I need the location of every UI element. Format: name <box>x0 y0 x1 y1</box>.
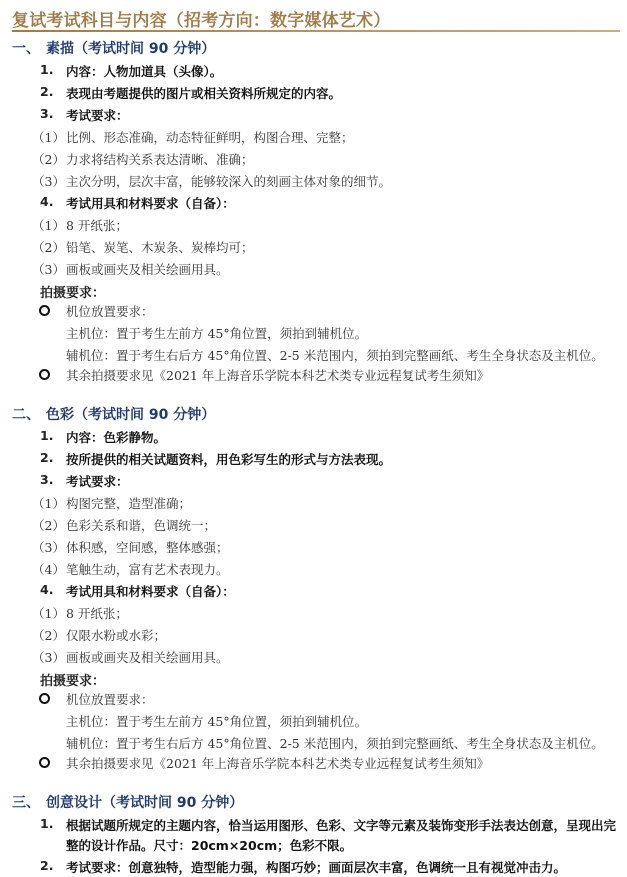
item-marker: （2） <box>32 150 66 168</box>
hollow-circle-bullet-icon <box>39 757 50 768</box>
item-number: 1. <box>40 62 53 77</box>
section-title: 创意设计（考试时间 90 分钟） <box>46 795 243 811</box>
item-marker: （1） <box>32 604 66 622</box>
item-text: 整的设计作品。尺寸：20cm×20cm；色彩不限。 <box>66 836 352 854</box>
item-text: 仅限水粉或水彩； <box>66 628 166 643</box>
section-number: 一、 <box>12 38 46 58</box>
item-marker: （2） <box>32 238 66 256</box>
requirement-item: （1）构图完整，造型准确； <box>32 494 191 512</box>
hollow-circle-bullet-icon <box>39 305 50 316</box>
item-text: 按所提供的相关试题资料，用色彩写生的形式与方法表现。 <box>66 450 391 468</box>
main-camera-text: 主机位：置于考生左前方 45°角位置，须拍到辅机位。 <box>66 712 367 730</box>
material-item: （1）8 开纸张； <box>32 216 128 234</box>
material-item: （3）画板或画夹及相关绘画用具。 <box>32 260 229 278</box>
aux-camera-text: 辅机位：置于考生右后方 45°角位置、2-5 米范围内，须拍到完整画纸、考生全身… <box>66 346 604 364</box>
section-heading: 二、色彩（考试时间 90 分钟） <box>12 404 215 424</box>
requirement-item: （3）主次分明，层次丰富，能够较深入的刻画主体对象的细节。 <box>32 172 391 190</box>
item-text: 内容：人物加道具（头像）。 <box>66 62 222 80</box>
item-marker: （1） <box>32 216 66 234</box>
item-number: 2. <box>40 858 53 873</box>
requirement-item: （4）笔触生动，富有艺术表现力。 <box>32 560 229 578</box>
item-marker: （2） <box>32 516 66 534</box>
camera-bullet: 机位放置要求： <box>66 302 154 320</box>
requirement-item: （2）力求将结构关系表达清晰、准确； <box>32 150 254 168</box>
camera-bullet: 其余拍摄要求见《2021 年上海音乐学院本科艺术类专业远程复试考生须知》 <box>66 754 489 772</box>
item-marker: （3） <box>32 172 66 190</box>
item-number: 1. <box>40 816 53 831</box>
title-divider <box>12 30 620 32</box>
item-marker: （1） <box>32 128 66 146</box>
item-text: 比例、形态准确，动态特征鲜明，构图合理、完整； <box>66 130 354 145</box>
item-text: 考试要求： <box>66 472 129 490</box>
item-marker: （3） <box>32 538 66 556</box>
item-marker: （4） <box>32 560 66 578</box>
section-title: 色彩（考试时间 90 分钟） <box>46 407 215 423</box>
item-text: 主次分明，层次丰富，能够较深入的刻画主体对象的细节。 <box>66 174 391 189</box>
item-text: 色彩关系和谐，色调统一； <box>66 518 216 533</box>
item-number: 4. <box>40 582 53 597</box>
camera-bullet: 机位放置要求： <box>66 690 154 708</box>
item-marker: （3） <box>32 648 66 666</box>
item-number: 1. <box>40 428 53 443</box>
item-number: 4. <box>40 194 53 209</box>
section-heading: 三、创意设计（考试时间 90 分钟） <box>12 792 243 812</box>
item-text: 表现由考题提供的图片或相关资料所规定的内容。 <box>66 84 341 102</box>
item-text: 考试用具和材料要求（自备）： <box>66 194 235 212</box>
material-item: （1）8 开纸张； <box>32 604 128 622</box>
item-number: 3. <box>40 472 53 487</box>
item-text: 考试用具和材料要求（自备）： <box>66 582 235 600</box>
item-marker: （3） <box>32 260 66 278</box>
material-item: （2）铅笔、炭笔、木炭条、炭棒均可； <box>32 238 254 256</box>
page-title: 复试考试科目与内容（招考方向：数字媒体艺术） <box>12 6 390 31</box>
requirement-item: （2）色彩关系和谐，色调统一； <box>32 516 216 534</box>
item-text: 画板或画夹及相关绘画用具。 <box>66 262 229 277</box>
item-marker: （1） <box>32 494 66 512</box>
section-number: 二、 <box>12 404 46 424</box>
item-marker: （2） <box>32 626 66 644</box>
hollow-circle-bullet-icon <box>39 693 50 704</box>
material-item: （3）画板或画夹及相关绘画用具。 <box>32 648 229 666</box>
item-text: 考试要求： <box>66 106 129 124</box>
section-title: 素描（考试时间 90 分钟） <box>46 41 215 57</box>
item-text: 画板或画夹及相关绘画用具。 <box>66 650 229 665</box>
item-text: 考试要求：创意独特，造型能力强，构图巧妙；画面层次丰富，色调统一且有视觉冲击力。 <box>66 858 566 876</box>
item-text: 内容：色彩静物。 <box>66 428 166 446</box>
main-camera-text: 主机位：置于考生左前方 45°角位置，须拍到辅机位。 <box>66 324 367 342</box>
section-number: 三、 <box>12 792 46 812</box>
item-number: 3. <box>40 106 53 121</box>
section-heading: 一、素描（考试时间 90 分钟） <box>12 38 215 58</box>
item-text: 8 开纸张； <box>66 218 128 233</box>
item-number: 2. <box>40 84 53 99</box>
hollow-circle-bullet-icon <box>39 369 50 380</box>
item-number: 2. <box>40 450 53 465</box>
camera-bullet: 其余拍摄要求见《2021 年上海音乐学院本科艺术类专业远程复试考生须知》 <box>66 366 489 384</box>
camera-heading: 拍摄要求： <box>40 670 105 689</box>
item-text: 构图完整，造型准确； <box>66 496 191 511</box>
aux-camera-text: 辅机位：置于考生右后方 45°角位置、2-5 米范围内，须拍到完整画纸、考生全身… <box>66 734 604 752</box>
requirement-item: （1）比例、形态准确，动态特征鲜明，构图合理、完整； <box>32 128 354 146</box>
item-text: 力求将结构关系表达清晰、准确； <box>66 152 254 167</box>
item-text: 笔触生动，富有艺术表现力。 <box>66 562 229 577</box>
material-item: （2）仅限水粉或水彩； <box>32 626 166 644</box>
requirement-item: （3）体积感，空间感，整体感强； <box>32 538 229 556</box>
camera-heading: 拍摄要求： <box>40 282 105 301</box>
item-text: 8 开纸张； <box>66 606 128 621</box>
item-text: 铅笔、炭笔、木炭条、炭棒均可； <box>66 240 254 255</box>
item-text: 体积感，空间感，整体感强； <box>66 540 229 555</box>
item-text: 根据试题所规定的主题内容，恰当运用图形、色彩、文字等元素及装饰变形手法表达创意，… <box>66 816 616 834</box>
